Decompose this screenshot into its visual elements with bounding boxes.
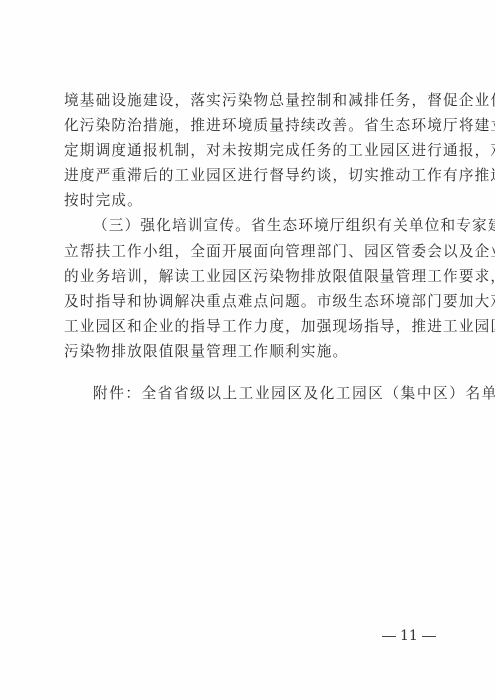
- paragraph-line: 进度严重滞后的工业园区进行督导约谈，切实推动工作有序推进、: [64, 163, 432, 188]
- paragraph-line: 及时指导和协调解决重点难点问题。市级生态环境部门要加大对: [64, 289, 432, 314]
- document-page: 境基础设施建设，落实污染物总量控制和减排任务，督促企业优 化污染防治措施，推进环…: [0, 0, 495, 700]
- dash-left: [382, 636, 396, 637]
- dash-right: [422, 636, 436, 637]
- paragraph-line: 工业园区和企业的指导工作力度，加强现场指导，推进工业园区: [64, 314, 432, 339]
- attachment-note: 附件：全省省级以上工业园区及化工园区（集中区）名单: [93, 381, 495, 406]
- paragraph-line: 立帮扶工作小组，全面开展面向管理部门、园区管委会以及企业: [64, 239, 432, 264]
- body-text: 境基础设施建设，落实污染物总量控制和减排任务，督促企业优 化污染防治措施，推进环…: [64, 88, 432, 364]
- page-number: 11: [400, 628, 418, 644]
- section-heading-line: （三）强化培训宣传。省生态环境厅组织有关单位和专家建: [64, 213, 432, 238]
- page-number-footer: 11: [378, 626, 440, 646]
- paragraph-line: 化污染防治措施，推进环境质量持续改善。省生态环境厅将建立: [64, 113, 432, 138]
- paragraph-line: 定期调度通报机制，对未按期完成任务的工业园区进行通报，对: [64, 138, 432, 163]
- paragraph-line: 污染物排放限值限量管理工作顺利实施。: [64, 339, 432, 364]
- paragraph-line: 的业务培训，解读工业园区污染物排放限值限量管理工作要求，: [64, 264, 432, 289]
- paragraph-line: 境基础设施建设，落实污染物总量控制和减排任务，督促企业优: [64, 88, 432, 113]
- paragraph-line: 按时完成。: [64, 188, 432, 213]
